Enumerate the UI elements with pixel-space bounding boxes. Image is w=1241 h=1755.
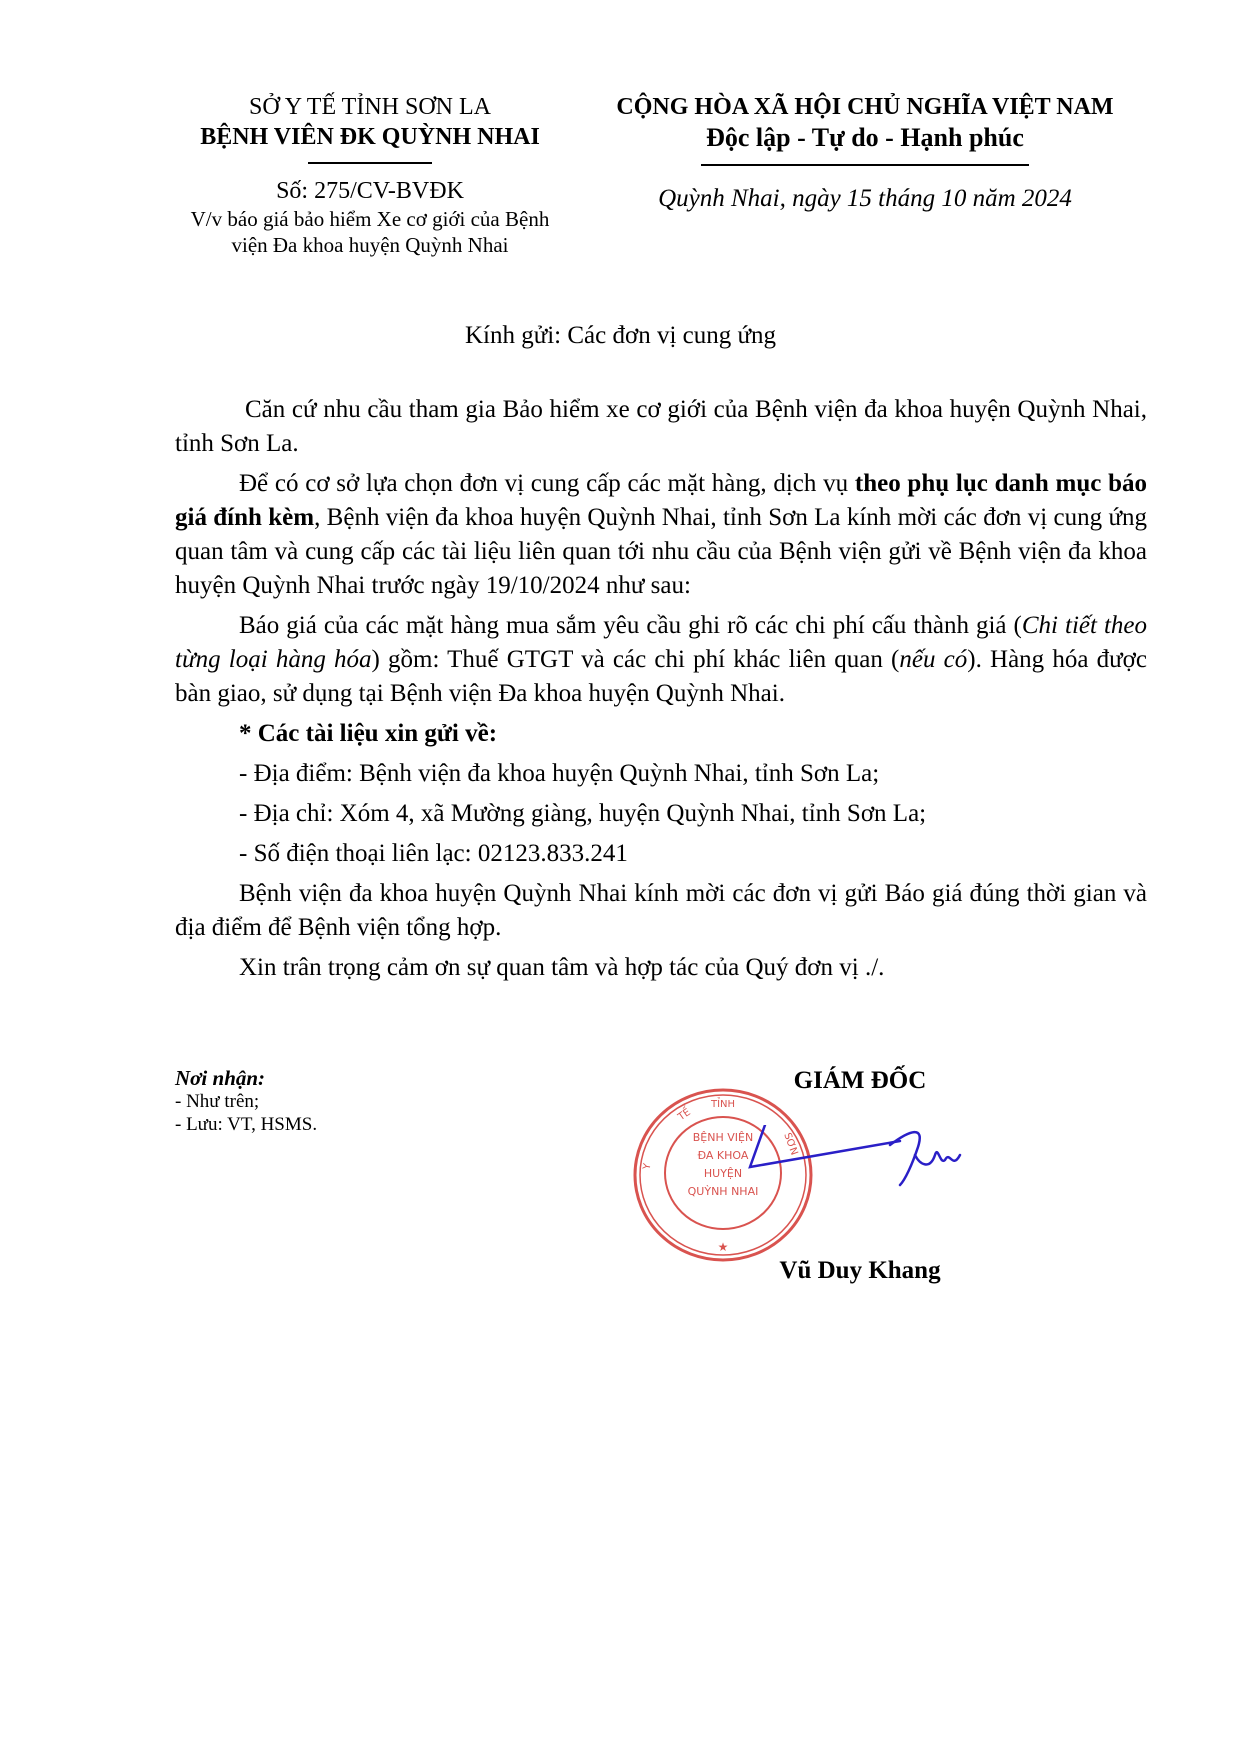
paragraph-3: Báo giá của các mặt hàng mua sắm yêu cầu… xyxy=(175,609,1147,711)
divider xyxy=(701,164,1029,166)
italic-text: nếu có xyxy=(899,646,967,673)
agency-name: SỞ Y TẾ TỈNH SƠN LA xyxy=(150,92,590,122)
subject-line-1: V/v báo giá bảo hiểm Xe cơ giới của Bệnh xyxy=(150,206,590,232)
paragraph-2: Để có cơ sở lựa chọn đơn vị cung cấp các… xyxy=(175,467,1147,603)
motto: Độc lập - Tự do - Hạnh phúc xyxy=(585,122,1145,154)
documents-heading: * Các tài liệu xin gửi về: xyxy=(175,717,1147,751)
text: , Bệnh viện đa khoa huyện Quỳnh Nhai, tỉ… xyxy=(175,504,1147,599)
unit-name: BỆNH VIÊN ĐK QUỲNH NHAI xyxy=(150,122,590,152)
divider xyxy=(308,162,432,164)
svg-text:★: ★ xyxy=(718,1240,729,1254)
recipient-item: - Như trên; xyxy=(175,1090,317,1113)
text: Báo giá của các mặt hàng mua sắm yêu cầu… xyxy=(239,612,1022,639)
paragraph-4: Bệnh viện đa khoa huyện Quỳnh Nhai kính … xyxy=(175,877,1147,945)
text: ) gồm: Thuế GTGT và các chi phí khác liê… xyxy=(372,646,900,673)
svg-text:TỈNH: TỈNH xyxy=(710,1096,735,1110)
location-line: - Địa điểm: Bệnh viện đa khoa huyện Quỳn… xyxy=(175,757,1147,791)
recipient-item: - Lưu: VT, HSMS. xyxy=(175,1113,317,1136)
recipients-title: Nơi nhận: xyxy=(175,1067,317,1090)
letter-body: Căn cứ nhu cầu tham gia Bảo hiểm xe cơ g… xyxy=(175,393,1147,991)
subject-line-2: viện Đa khoa huyện Quỳnh Nhai xyxy=(150,232,590,258)
document-number: Số: 275/CV-BVĐK xyxy=(150,176,590,206)
paragraph-5: Xin trân trọng cảm ơn sự quan tâm và hợp… xyxy=(175,951,1147,985)
svg-text:Y: Y xyxy=(641,1162,653,1172)
recipients-block: Nơi nhận: - Như trên; - Lưu: VT, HSMS. xyxy=(175,1067,317,1136)
signer-name: Vũ Duy Khang xyxy=(740,1257,980,1285)
phone-line: - Số điện thoại liên lạc: 02123.833.241 xyxy=(175,837,1147,871)
signature-icon xyxy=(740,1125,980,1200)
svg-text:HUYỆN: HUYỆN xyxy=(704,1167,742,1180)
paragraph-1: Căn cứ nhu cầu tham gia Bảo hiểm xe cơ g… xyxy=(175,393,1147,461)
header-left: SỞ Y TẾ TỈNH SƠN LA BỆNH VIÊN ĐK QUỲNH N… xyxy=(150,92,590,258)
text: Để có cơ sở lựa chọn đơn vị cung cấp các… xyxy=(239,470,855,497)
address-line: - Địa chỉ: Xóm 4, xã Mường giàng, huyện … xyxy=(175,797,1147,831)
svg-text:TẾ: TẾ xyxy=(674,1104,694,1124)
salutation: Kính gửi: Các đơn vị cung ứng xyxy=(0,322,1241,350)
header-right: CỘNG HÒA XÃ HỘI CHỦ NGHĨA VIỆT NAM Độc l… xyxy=(585,92,1145,214)
country-name: CỘNG HÒA XÃ HỘI CHỦ NGHĨA VIỆT NAM xyxy=(585,92,1145,122)
place-date: Quỳnh Nhai, ngày 15 tháng 10 năm 2024 xyxy=(585,184,1145,214)
